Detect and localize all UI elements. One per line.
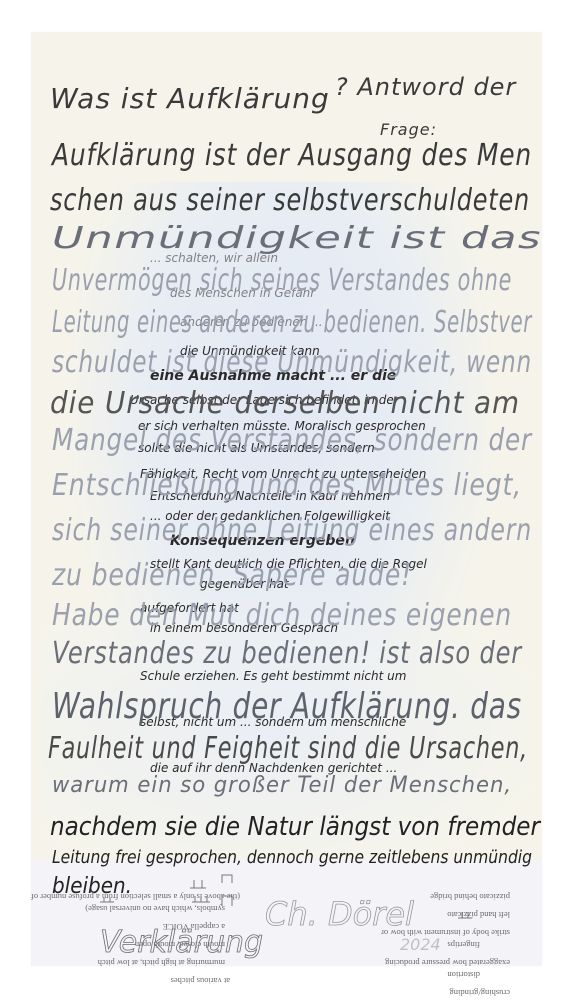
- printed-line: symbols, which have no universal usage): [85, 904, 225, 914]
- printed-line: at various pitches: [171, 976, 230, 986]
- printed-line: (the above is only a small selection fro…: [31, 892, 240, 902]
- handwriting-line: Mangel des Verstandes, sondern der: [52, 423, 533, 458]
- artist-signature: Ch. Dörel: [265, 895, 414, 933]
- handwriting-line: Faulheit und Feigheit sind die Ursachen,: [48, 731, 528, 766]
- printed-line: left hand pizzicato: [447, 910, 510, 920]
- handwriting-line: Leitung frei gesprochen, dennoch gerne z…: [52, 847, 532, 868]
- handwriting-line: Leitung eines anderen zu bedienen. Selbs…: [52, 305, 532, 340]
- handwriting-line: die Ursache derselben nicht am: [50, 386, 520, 421]
- printed-line: distortion: [447, 970, 480, 980]
- handwriting-line: Unmündigkeit ist das: [52, 221, 542, 256]
- printed-line: exaggerated bow pressure producing: [384, 958, 510, 968]
- handwriting-line: warum ein so großer Teil der Menschen,: [52, 773, 512, 798]
- title-verklarung: Verklärung: [100, 925, 263, 960]
- printed-line: fingertips: [447, 940, 480, 950]
- handwriting-line: Habe den Mut dich deines eigenen: [52, 598, 512, 633]
- overlay-line: Schule erziehen. Es geht bestimmt nicht …: [140, 669, 406, 683]
- line-question: Frage:: [380, 120, 437, 139]
- artwork-date: 2024: [400, 935, 441, 954]
- printed-line: crushing/grinding: [449, 988, 510, 998]
- handwriting-line: Wahlspruch der Aufklärung. das: [52, 686, 522, 727]
- handwriting-line: Aufklärung ist der Ausgang des Men: [50, 138, 532, 173]
- handwriting-line: zu bedienen. Sapere aude!: [51, 558, 412, 593]
- main-handwriting: Was ist Aufklärung ? Antword der Frage: …: [48, 73, 542, 899]
- handwriting-line: sich seiner ohne Leitung eines andern: [52, 513, 532, 548]
- handwriting-layer: ... schalten, wir allein des Menschen in…: [0, 0, 570, 1000]
- line-title: Was ist Aufklärung: [50, 82, 330, 115]
- handwriting-line: schen aus seiner selbstverschuldeten: [50, 183, 530, 218]
- handwriting-line: Verstandes zu bedienen! ist also der: [52, 636, 523, 671]
- handwriting-line: schuldet ist diese Unmündigkeit, wenn: [52, 345, 532, 380]
- handwriting-line: Entschließung und des Mutes liegt,: [52, 468, 522, 503]
- handwriting-line: Unvermögen sich seines Verstandes ohne: [52, 263, 512, 298]
- handwriting-line: nachdem sie die Natur längst von fremder: [50, 812, 542, 842]
- printed-line: pizzicato behind bridge: [430, 892, 510, 902]
- line-answer: ? Antword der: [335, 73, 517, 101]
